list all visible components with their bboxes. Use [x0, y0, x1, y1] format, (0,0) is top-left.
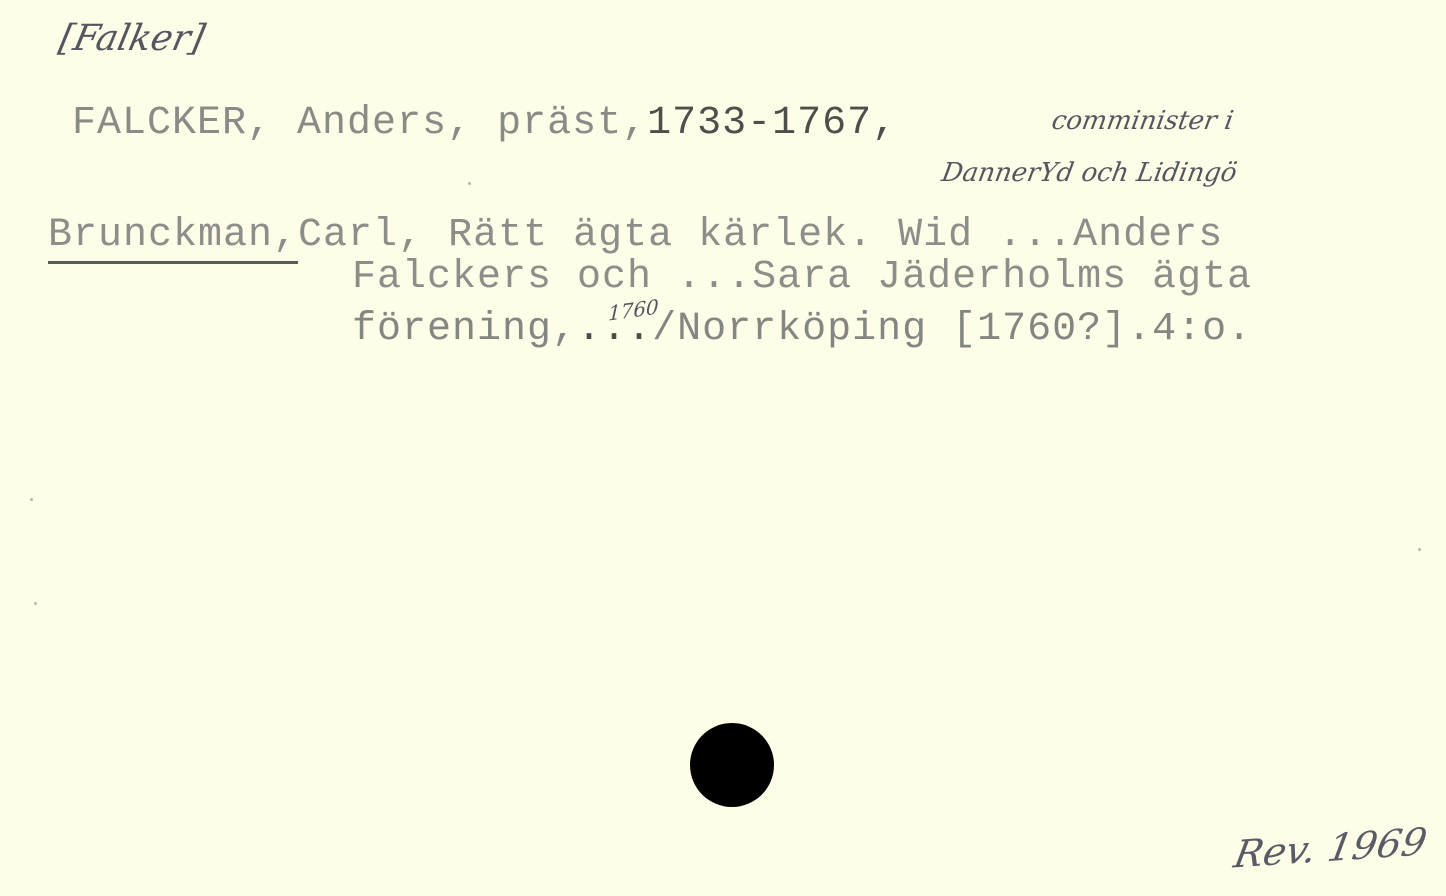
- catalog-card: [Falker] FALCKER, Anders, präst,1733-176…: [0, 0, 1446, 896]
- work-line-3: förening,.../Norrköping [1760?].4:o.: [352, 310, 1252, 350]
- handwritten-heading-tag: [Falker]: [56, 18, 209, 59]
- occupation: präst,: [497, 101, 647, 146]
- work-author: Brunckman,: [48, 213, 298, 258]
- given-name: Anders,: [297, 101, 472, 146]
- imprint: /Norrköping [1760?].4:o.: [652, 307, 1252, 352]
- revision-note: Rev. 1969: [1231, 819, 1431, 876]
- handwritten-annotation-parishes: DannerYd och Lidingö: [939, 158, 1239, 188]
- entry-heading-line: FALCKER, Anders, präst,1733-1767,: [72, 104, 897, 144]
- work-title-line-1: Carl, Rätt ägta kärlek. Wid ...Anders: [298, 213, 1223, 258]
- paper-speck: [468, 182, 471, 185]
- punch-hole: [690, 723, 774, 807]
- surname: FALCKER,: [72, 101, 272, 146]
- author-underline: [48, 261, 298, 264]
- handwritten-annotation-title: comminister i: [1049, 106, 1235, 136]
- work-line-1: Brunckman,Carl, Rätt ägta kärlek. Wid ..…: [48, 216, 1223, 256]
- life-dates: 1733-1767,: [647, 101, 897, 146]
- paper-speck: [1418, 548, 1421, 551]
- work-line-3-start: förening,: [352, 307, 577, 352]
- paper-speck: [34, 602, 37, 605]
- work-line-2: Falckers och ...Sara Jäderholms ägta: [352, 258, 1252, 298]
- paper-speck: [30, 498, 33, 501]
